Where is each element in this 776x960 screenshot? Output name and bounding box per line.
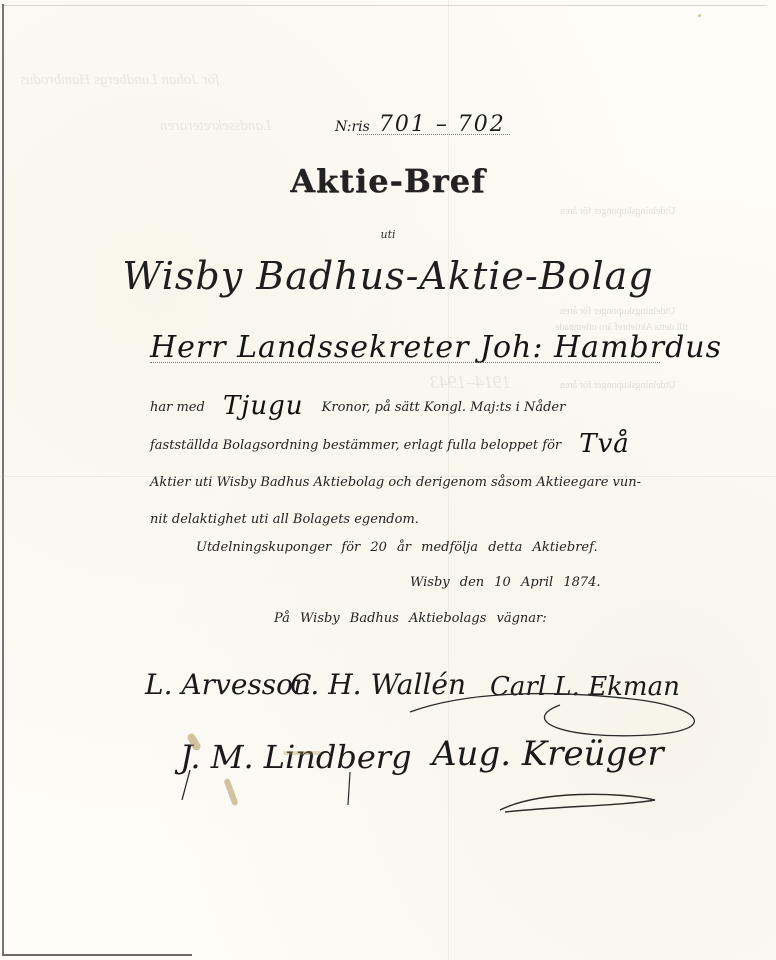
signature-flourish-icon — [0, 0, 776, 960]
paper-stain — [698, 14, 701, 17]
paper-stain — [283, 751, 321, 755]
share-certificate-page: för Johan Lundbergs Hambrodus Landssekre… — [0, 0, 776, 960]
